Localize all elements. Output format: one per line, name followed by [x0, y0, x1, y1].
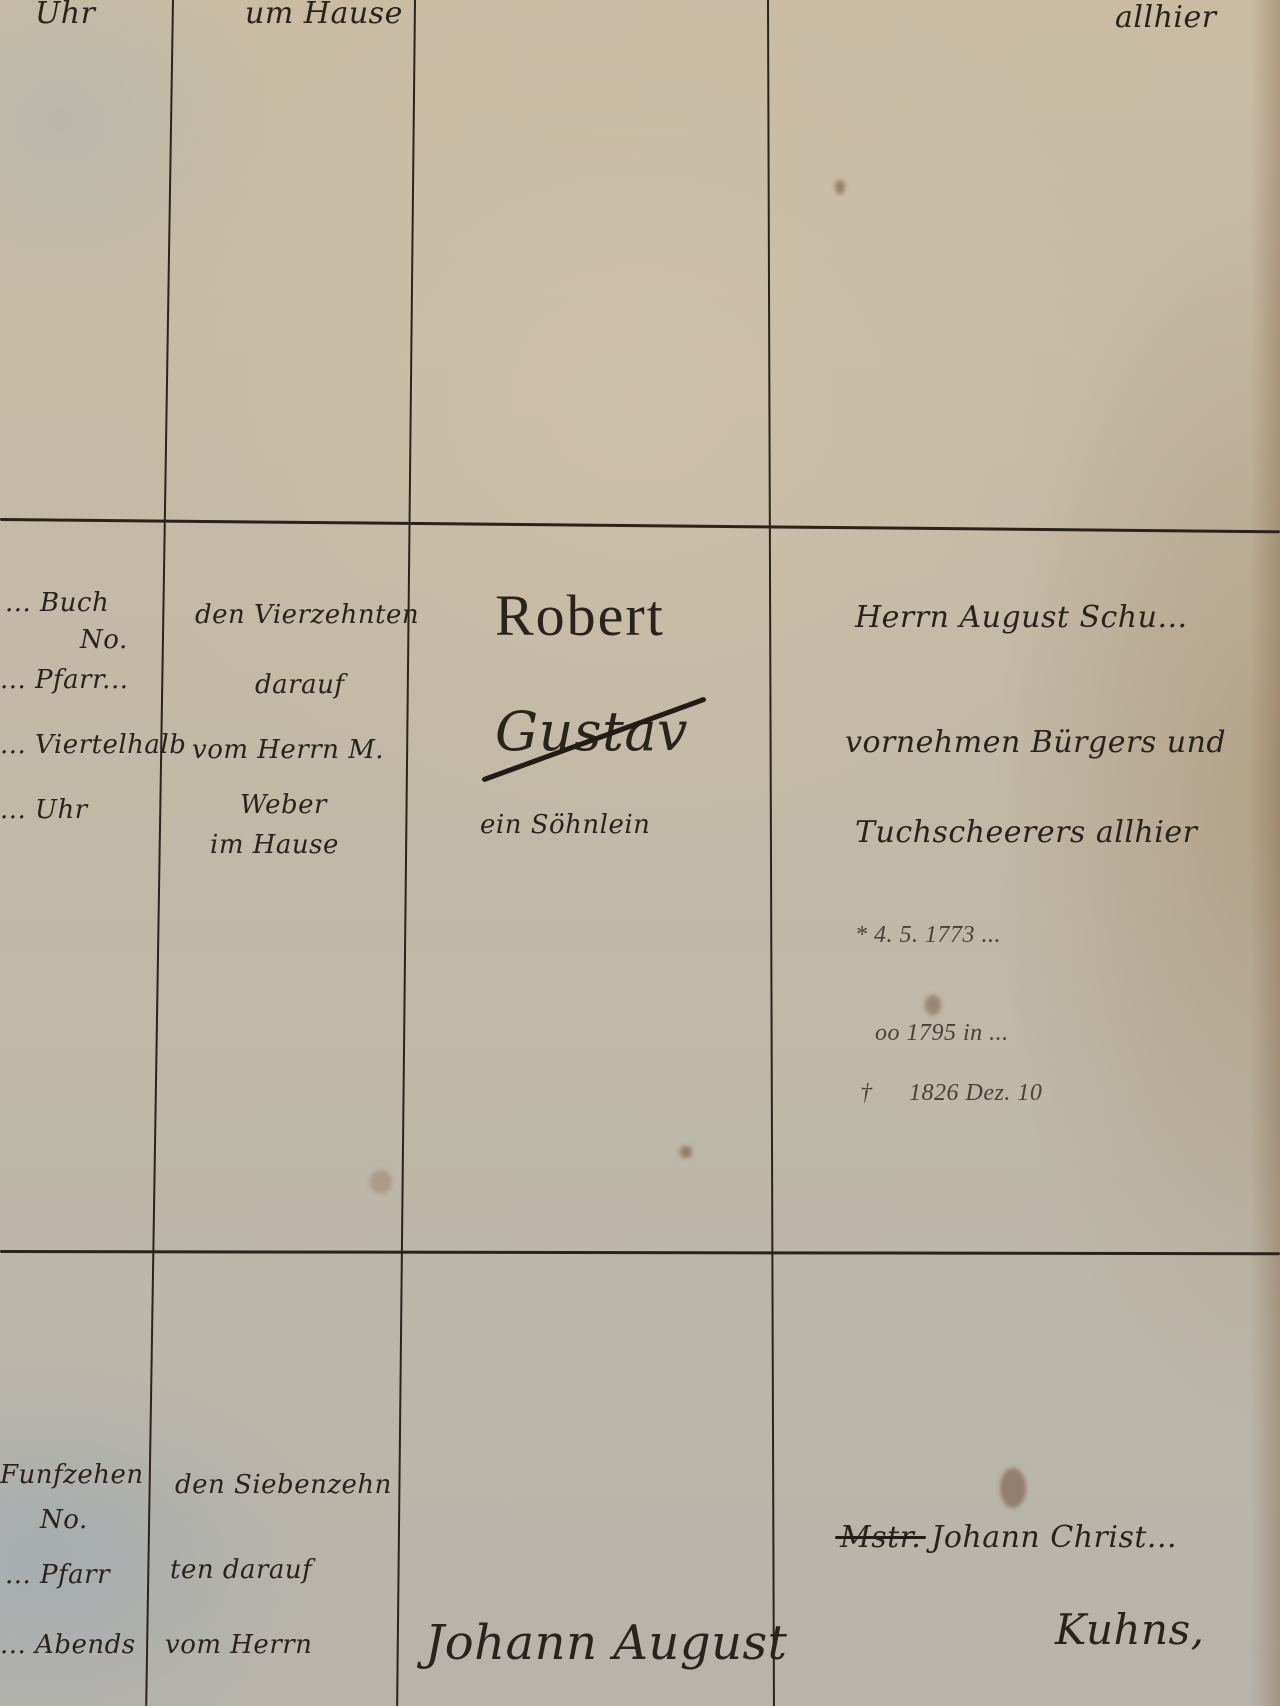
column-rule-1: [145, 0, 174, 1706]
column-rule-3: [767, 0, 775, 1706]
bottom-parents-line-2: Kuhns,: [1055, 1605, 1205, 1654]
entry-col1-line-4: ... Viertelhalb: [0, 730, 186, 760]
bottom-col1-line-3: ... Pfarr: [5, 1560, 110, 1590]
top-col5-text: allhier: [1115, 0, 1217, 35]
note-birth: * 4. 5. 1773 ...: [855, 922, 1001, 949]
note-death: † 1826 Dez. 10: [860, 1080, 1042, 1107]
brown-stain: [370, 1170, 392, 1194]
child-note: ein Söhnlein: [480, 810, 650, 840]
death-text: 1826 Dez. 10: [909, 1080, 1042, 1106]
bottom-col1-line-1: Funfzehen: [0, 1460, 144, 1490]
bottom-col2-line-2: ten darauf: [170, 1555, 312, 1585]
struck-title: Mstr.: [840, 1520, 921, 1555]
birth-text: 4. 5. 1773 ...: [874, 922, 1001, 948]
marriage-text: 1795 in ...: [907, 1020, 1009, 1046]
top-col1-text: Uhr: [35, 0, 95, 31]
struck-through-name: Gustav: [495, 700, 688, 763]
entry-col2-line-4: Weber: [240, 790, 327, 820]
bottom-parents-name: Johann Christ...: [931, 1520, 1177, 1555]
child-struck-name: Gustav: [495, 700, 688, 763]
parents-line-3: Tuchscheerers allhier: [855, 815, 1197, 850]
death-symbol: †: [860, 1080, 873, 1106]
bottom-col2-line-3: vom Herrn: [165, 1630, 312, 1660]
marriage-symbol: oo: [875, 1020, 900, 1046]
ink-stain: [835, 180, 845, 194]
paper-edge-shadow: [1250, 0, 1280, 1706]
entry-col2-line-3: vom Herrn M.: [192, 735, 384, 765]
note-marriage: oo 1795 in ...: [875, 1020, 1009, 1047]
entry-col1-line-2: No.: [80, 625, 128, 655]
ink-stain: [680, 1146, 692, 1158]
row-rule-1: [0, 518, 1280, 533]
entry-col2-line-1: den Vierzehnten: [195, 600, 419, 630]
bottom-col1-line-4: ... Abends: [0, 1630, 136, 1660]
bottom-col1-line-2: No.: [40, 1505, 88, 1535]
entry-col1-line-3: ... Pfarr...: [0, 665, 128, 695]
birth-symbol: *: [855, 922, 868, 948]
brown-stain: [1000, 1468, 1026, 1508]
bottom-child-name: Johann August: [425, 1615, 787, 1671]
row-rule-2: [0, 1250, 1280, 1255]
bottom-col2-line-1: den Siebenzehn: [175, 1470, 392, 1500]
entry-col1-line-5: ... Uhr: [0, 795, 88, 825]
top-col2-text: um Hause: [245, 0, 403, 31]
entry-col1-line-1: ... Buch: [5, 588, 109, 618]
column-rule-2: [396, 0, 416, 1706]
parents-line-1: Herrn August Schu...: [855, 600, 1188, 635]
bottom-parents-line-1: Mstr. Johann Christ...: [840, 1520, 1177, 1555]
entry-col2-line-5: im Hause: [210, 830, 339, 860]
parents-line-2: vornehmen Bürgers und: [845, 725, 1226, 760]
register-page: Uhr um Hause allhier ... Buch No. ... Pf…: [0, 0, 1280, 1706]
child-first-name: Robert: [495, 582, 665, 649]
brown-stain: [925, 995, 941, 1015]
entry-col2-line-2: darauf: [255, 670, 344, 700]
